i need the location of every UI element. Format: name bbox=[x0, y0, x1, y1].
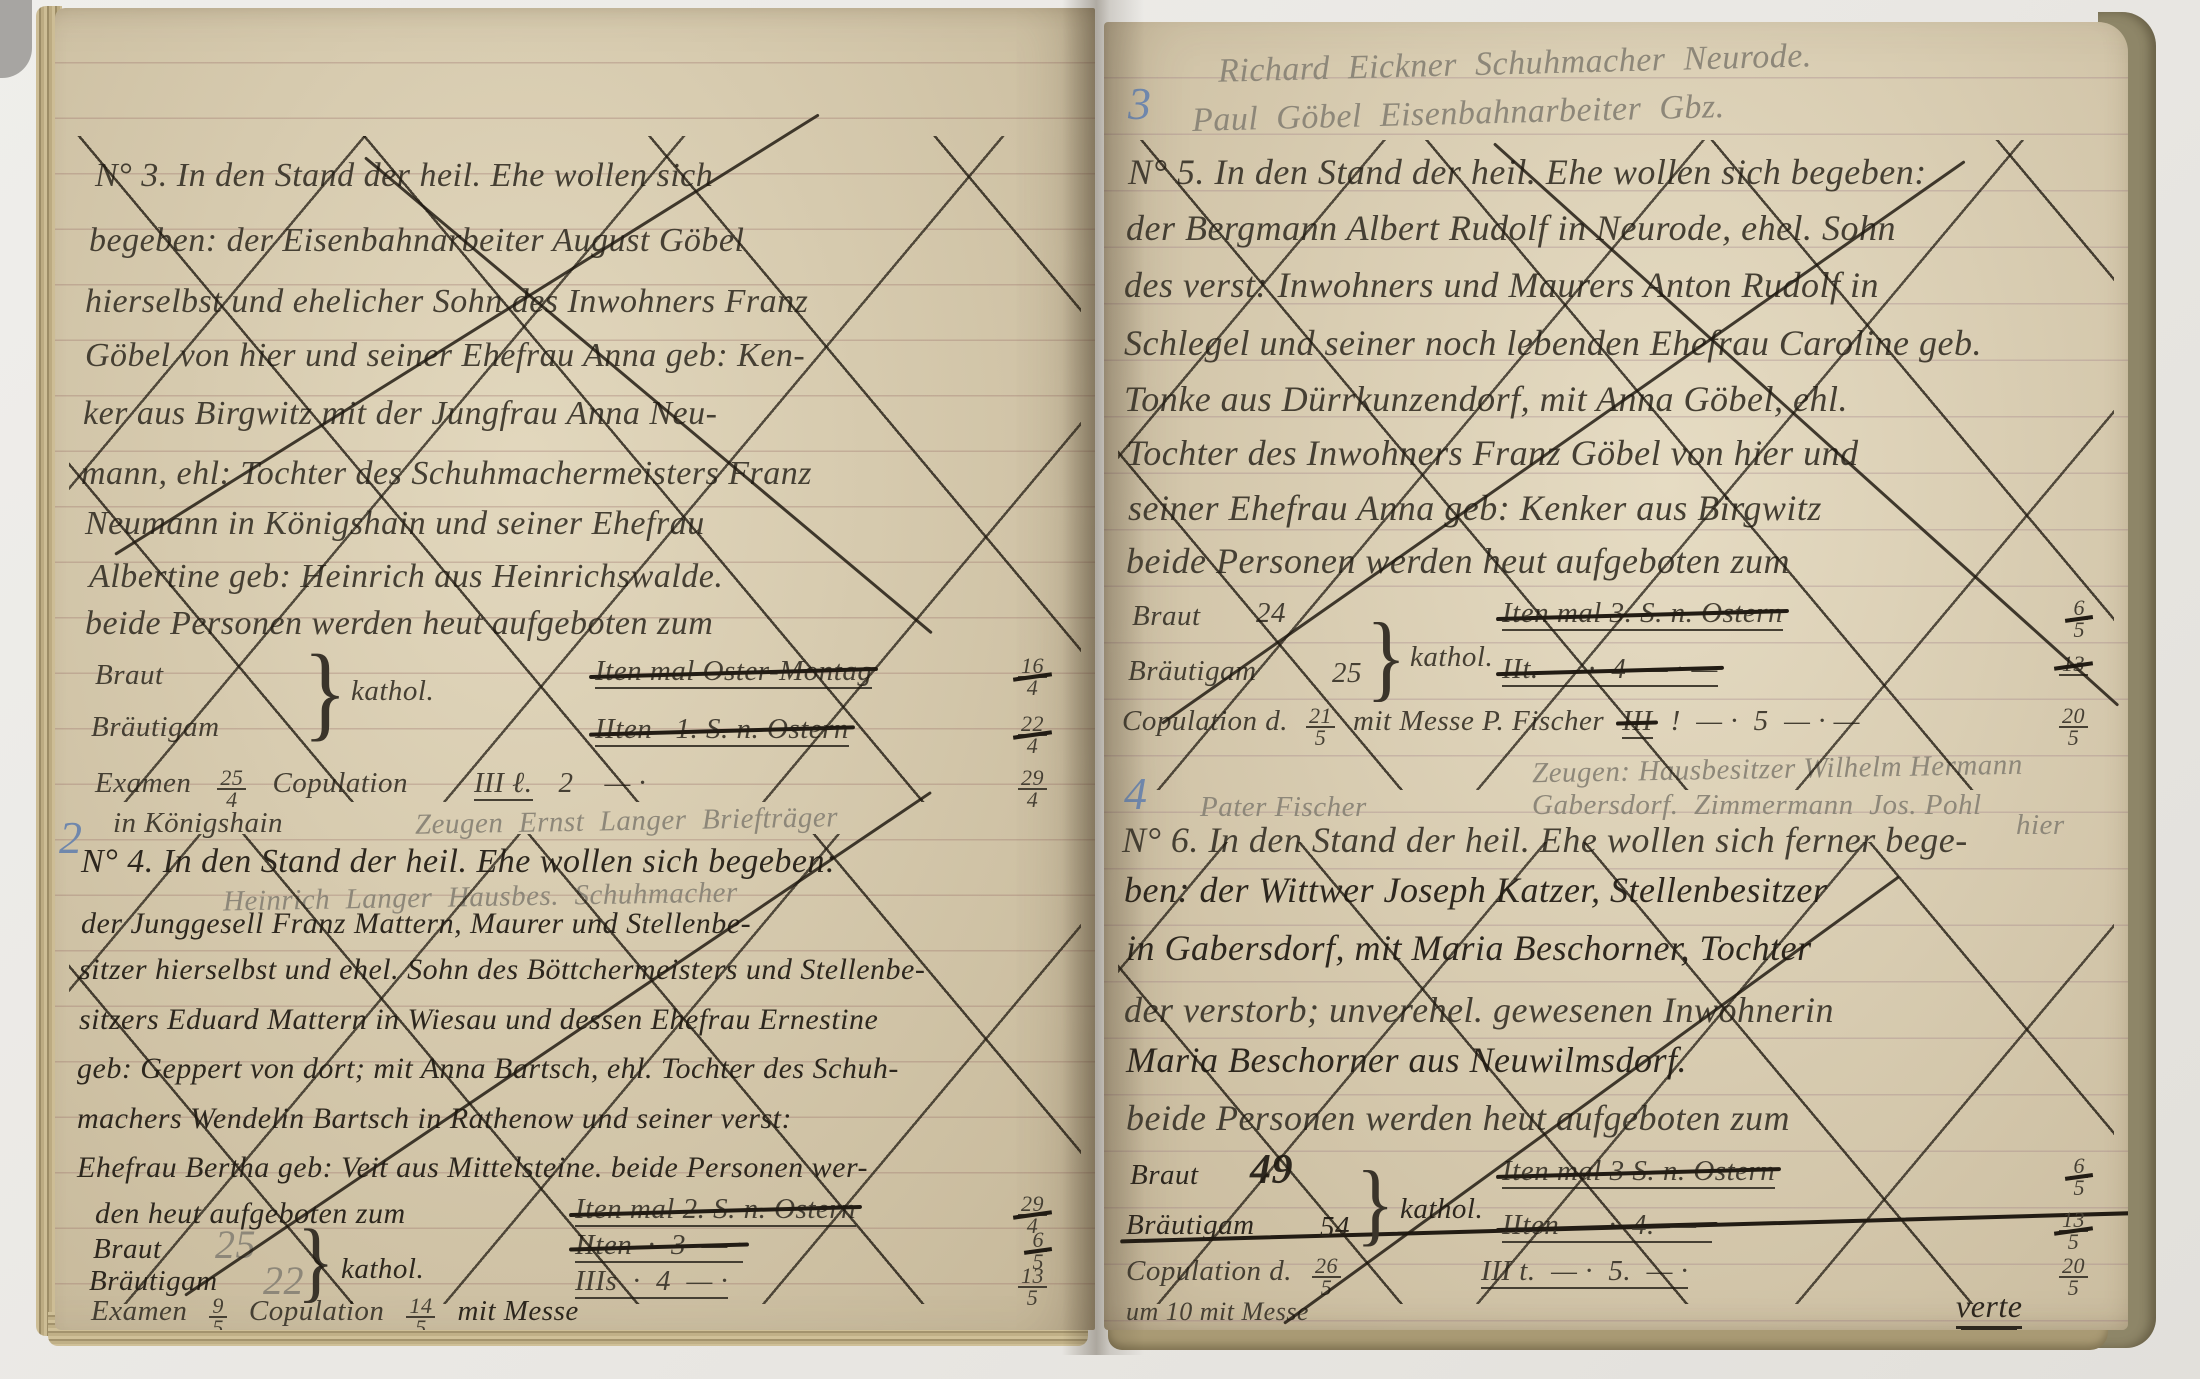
entry4-line: Ehefrau Bertha geb: Veit aus Mittelstein… bbox=[77, 1152, 868, 1184]
witnesses-pencil-annotation: Pater Fischer bbox=[1200, 792, 1367, 822]
date-num: 16 bbox=[1018, 656, 1047, 678]
witnesses-pencil-annotation: Zeugen: Hausbesitzer Wilhelm Hermann bbox=[1532, 750, 2023, 789]
banns3-text: IIIs · 4 — · bbox=[575, 1266, 728, 1299]
banns-row-1: Iten mal Oster-Montag 164 bbox=[595, 656, 1047, 699]
entry6-line: in Gabersdorf, mit Maria Beschorner, Toc… bbox=[1126, 930, 1812, 968]
entry4-line: N° 4. In den Stand der heil. Ehe wollen … bbox=[81, 844, 837, 880]
entry3-line: hierselbst und ehelicher Sohn des Inwohn… bbox=[85, 284, 808, 320]
entry6-line: ben: der Wittwer Joseph Katzer, Stellenb… bbox=[1124, 872, 1827, 910]
date-fraction: 95 bbox=[209, 1296, 227, 1330]
date-den: 4 bbox=[1018, 790, 1047, 810]
banns-row-1: Iten mal 3. S. n. Ostern 65 bbox=[1502, 598, 2088, 641]
date-fraction: 294 bbox=[1018, 768, 1047, 811]
date-den: 5 bbox=[2059, 1278, 2088, 1298]
entry6-line: Maria Beschorner aus Neuwilmsdorf. bbox=[1126, 1042, 1687, 1080]
copulation-label: Copulation d. bbox=[1126, 1256, 1292, 1286]
entry5-line: Tochter des Inwohners Franz Göbel von hi… bbox=[1126, 435, 1859, 473]
date-fraction: 135 bbox=[2059, 1210, 2088, 1253]
date-den: 5 bbox=[2059, 1232, 2088, 1252]
entry3-line: beide Personen werden heut aufgeboten zu… bbox=[85, 606, 713, 642]
date-num: 13 bbox=[2059, 1210, 2088, 1232]
brace-glyph: } bbox=[1356, 1156, 1395, 1253]
witnesses-pencil-annotation: Gabersdorf. Zimmermann Jos. Pohl bbox=[1532, 790, 1982, 820]
banns1-text: Iten mal 3 S. n. Ostern bbox=[1502, 1156, 1775, 1189]
banns2-text: IIten — · 4. — · bbox=[1502, 1210, 1712, 1243]
brace-glyph: } bbox=[303, 637, 348, 748]
copulation-label: Copulation bbox=[272, 768, 408, 798]
copulation-note: mit Messe P. Fischer bbox=[1353, 706, 1604, 736]
entry4-line: geb: Geppert von dort; mit Anna Bartsch,… bbox=[77, 1053, 899, 1085]
exam-label: Examen bbox=[95, 768, 191, 798]
verte-text: verte bbox=[1956, 1288, 2022, 1329]
register-photo: N° 3. In den Stand der heil. Ehe wollen … bbox=[0, 0, 2200, 1379]
copulation-label: Copulation bbox=[249, 1296, 385, 1326]
date-den: 5 bbox=[2059, 728, 2088, 748]
entry4-line: sitzer hierselbst und ehel. Sohn des Böt… bbox=[79, 954, 925, 986]
banns1-text: Iten mal 2. S. n. Ostern bbox=[575, 1194, 856, 1227]
pencil-header-line: Richard Eickner Schuhmacher Neurode. bbox=[1218, 38, 1813, 89]
copulation-note: mit Messe bbox=[457, 1296, 578, 1326]
banns-row-3: IIIs · 4 — · 135 bbox=[575, 1266, 1047, 1309]
groom-age: 54 bbox=[1320, 1212, 1350, 1242]
exam-copulation-row: Examen 254 Copulation III ℓ. 2 — · 294 bbox=[95, 768, 1047, 811]
bride-label: Braut bbox=[93, 1234, 162, 1264]
date-den: 5 bbox=[406, 1318, 435, 1330]
date-fraction: 215 bbox=[1306, 706, 1335, 749]
date-fraction: 205 bbox=[2059, 706, 2088, 749]
entry6-line: der verstorb; unverehel. gewesenen Inwoh… bbox=[1124, 992, 1834, 1030]
date-fraction: 145 bbox=[406, 1296, 435, 1330]
banns-row-2: IIt. — · 4 — · — 135 bbox=[1502, 654, 2088, 687]
pencil-header-line: Paul Göbel Eisenbahnarbeiter Gbz. bbox=[1192, 89, 1725, 139]
date-fraction: 65 bbox=[2070, 598, 2088, 641]
entry3-line: begeben: der Eisenbahnarbeiter August Gö… bbox=[89, 223, 744, 259]
date-den: 5 bbox=[1018, 1288, 1047, 1308]
bride-age: 49 bbox=[1250, 1148, 1293, 1192]
brace-glyph: } bbox=[297, 1214, 335, 1308]
date-den: 5 bbox=[209, 1318, 227, 1330]
entry4-line: der Junggesell Franz Mattern, Maurer und… bbox=[81, 908, 751, 940]
date-num: 6 bbox=[2070, 1156, 2088, 1178]
date-den: 5 bbox=[2070, 620, 2088, 640]
banns2-text: IIten 1. S. n. Ostern bbox=[595, 714, 849, 747]
date-num: 22 bbox=[1018, 714, 1047, 736]
page-gutter-shadow bbox=[1062, 0, 1144, 1355]
banns1-text: Iten mal 3. S. n. Ostern bbox=[1502, 598, 1783, 631]
brace-glyph: } bbox=[1366, 607, 1407, 708]
banns-row-2: IIten — · 4. — · 135 bbox=[1502, 1210, 2088, 1253]
banns3-roman: III ℓ. bbox=[474, 768, 533, 801]
banns3-text: ! — · 5 — · — bbox=[1671, 706, 1860, 736]
witnesses-pencil-annotation: hier bbox=[2016, 810, 2065, 840]
time-note: um 10 mit Messe bbox=[1126, 1298, 1309, 1325]
religion-note: kathol. bbox=[351, 676, 434, 706]
date-num: 29 bbox=[1018, 1194, 1047, 1216]
date-fraction: 164 bbox=[1018, 656, 1047, 699]
banns2-text: IIten · 3 — · bbox=[575, 1230, 743, 1263]
left-page: N° 3. In den Stand der heil. Ehe wollen … bbox=[55, 8, 1095, 1330]
date-den: 4 bbox=[1018, 678, 1047, 698]
copulation-row: Copulation d. 215 mit Messe P. Fischer I… bbox=[1122, 706, 2088, 749]
date-fraction: 254 bbox=[217, 768, 246, 811]
groom-age: 25 bbox=[1332, 658, 1362, 688]
entry4-line: sitzers Eduard Mattern in Wiesau und des… bbox=[79, 1004, 878, 1036]
entry5-line: der Bergmann Albert Rudolf in Neurode, e… bbox=[1126, 210, 1896, 248]
religion-note: kathol. bbox=[341, 1254, 424, 1284]
entry3-line: Göbel von hier und seiner Ehefrau Anna g… bbox=[85, 338, 805, 374]
entry4-line: machers Wendelin Bartsch in Rathenow und… bbox=[77, 1103, 792, 1135]
entry6-line: beide Personen werden heut aufgeboten zu… bbox=[1126, 1100, 1790, 1138]
entry3-line: ker aus Birgwitz mit der Jungfrau Anna N… bbox=[83, 396, 717, 432]
exam-copulation-row: Examen 95 Copulation 145 mit Messe bbox=[91, 1296, 579, 1330]
date-fraction: 205 bbox=[2059, 1256, 2088, 1299]
place-note: in Königshain bbox=[113, 808, 283, 838]
banns3-rest: 2 — · bbox=[559, 768, 647, 798]
copulation-row: Copulation d. 265 III t. — · 5. — · 205 bbox=[1126, 1256, 2088, 1299]
date-num: 6 bbox=[2070, 598, 2088, 620]
banns-row-2: IIten 1. S. n. Ostern 224 bbox=[595, 714, 1047, 757]
entry5-line: Schlegel und seiner noch lebenden Ehefra… bbox=[1124, 325, 1982, 363]
bride-label: Braut bbox=[95, 660, 164, 690]
entry3-line: Albertine geb: Heinrich aus Heinrichswal… bbox=[89, 559, 723, 595]
date-den: 5 bbox=[1312, 1278, 1341, 1298]
date-den: 5 bbox=[2070, 1178, 2088, 1198]
date-fraction: 65 bbox=[2070, 1156, 2088, 1199]
date-den: 5 bbox=[1306, 728, 1335, 748]
date-fraction: 224 bbox=[1018, 714, 1047, 757]
right-page: Richard Eickner Schuhmacher Neurode. Pau… bbox=[1104, 22, 2128, 1330]
entry5-line: beide Personen werden heut aufgeboten zu… bbox=[1126, 543, 1790, 581]
banns1-text: Iten mal Oster-Montag bbox=[595, 656, 872, 689]
entry3-line: Neumann in Königshain und seiner Ehefrau bbox=[85, 506, 705, 542]
bride-age: 24 bbox=[1256, 598, 1286, 628]
entry5-line: Tonke aus Dürrkunzendorf, mit Anna Göbel… bbox=[1124, 381, 1848, 419]
religion-note: kathol. bbox=[1410, 642, 1493, 672]
witnesses-pencil-annotation: Zeugen Ernst Langer Briefträger bbox=[415, 802, 838, 840]
banns3-roman: III bbox=[1622, 706, 1652, 739]
photo-corner-shadow bbox=[0, 0, 32, 78]
banns3-text: III t. — · 5. — · bbox=[1481, 1256, 1688, 1289]
exam-label: Examen bbox=[91, 1296, 187, 1326]
margin-number: 2 bbox=[59, 814, 83, 862]
banns-row-1: Iten mal 3 S. n. Ostern 65 bbox=[1502, 1156, 2088, 1199]
date-num: 6 bbox=[1029, 1230, 1047, 1252]
groom-label: Bräutigam bbox=[91, 712, 220, 742]
banns2-text: IIt. — · 4 — · — bbox=[1502, 654, 1718, 687]
date-fraction: 135 bbox=[1018, 1266, 1047, 1309]
date-den: 4 bbox=[1018, 736, 1047, 756]
copulation-label: Copulation d. bbox=[1122, 706, 1288, 736]
entry3-line: mann, ehl: Tochter des Schuhmachermeiste… bbox=[81, 456, 812, 492]
groom-label: Bräutigam bbox=[89, 1266, 218, 1296]
verte-note: verte bbox=[1956, 1290, 2022, 1324]
entry5-line: seiner Ehefrau Anna geb: Kenker aus Birg… bbox=[1128, 490, 1822, 528]
entry6-line: N° 6. In den Stand der heil. Ehe wollen … bbox=[1122, 822, 1968, 860]
